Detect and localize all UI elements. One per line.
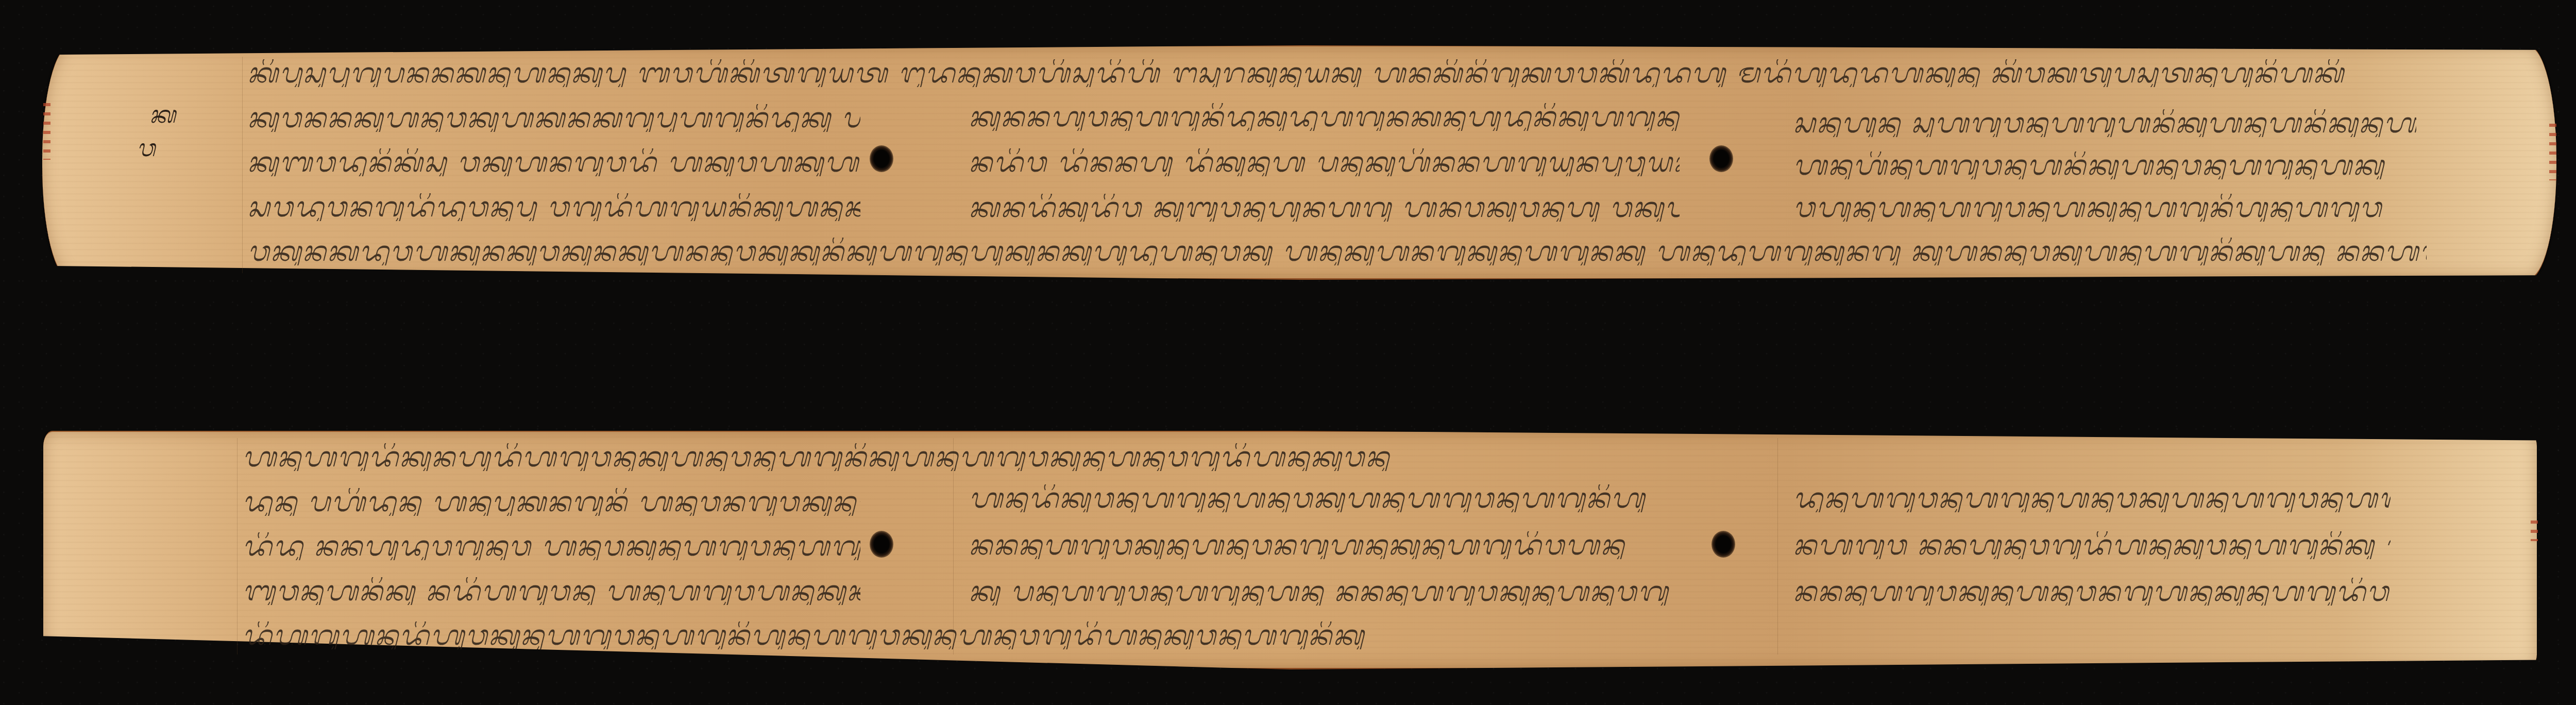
text-column-right: ᬤᬸᬦᬸᬳᬕᬸᬯᬦᬸᬳᬕᬸᬦᬸᬳᬦᬸᬯᬓᬸᬳᬦᬸᬳᬕᬸᬯᬦᬸᬳᬕᬸᬦᬶᬳᬸᬦᬸᬳ… bbox=[1793, 484, 2391, 606]
text-line: ᬲᬦᬸᬳᬸᬦᬸ ᬲᬸᬳᬕᬸᬯᬦᬸᬳᬕᬸᬳᬦᬶᬓᬸᬳᬦᬸᬳᬦᬶᬓᬸᬦᬸᬳᬕᬸ bbox=[1793, 109, 2416, 137]
red-edge-stain-bottom-right bbox=[2531, 521, 2538, 541]
text-line: ᬳᬦᬸᬳᬕᬸᬤᬶᬓᬸᬦᬳᬸᬤᬶᬳᬕᬸᬯᬦᬸᬓᬸᬳᬦᬸᬯᬦᬸᬳᬕᬸᬦᬶᬓᬸᬳᬦᬸᬳ… bbox=[242, 443, 2375, 471]
text-line: ᬲᬯᬤᬸᬯᬦᬕᬸᬤᬶᬤᬸᬯᬦᬸᬧᬸ ᬯᬕᬸᬤᬶᬳᬕᬸᬬᬦᬶᬓᬸᬳᬦᬸᬓᬸᬳᬦᬓᬤ… bbox=[247, 193, 860, 221]
ruling-line bbox=[237, 438, 238, 654]
red-edge-stain-top-left bbox=[43, 103, 50, 160]
text-line: ᬤᬸᬦᬸ ᬧᬳᬶᬤᬸᬦᬸ ᬳᬦᬸᬧᬸᬓᬦᬕᬸᬦᬶ ᬳᬦᬸᬯᬦᬕᬸᬯᬓᬸᬦᬸᬳᬕᬸ bbox=[242, 488, 860, 516]
text-line: ᬤᬶᬤᬸ ᬦᬦᬳᬸᬤᬸᬯᬕᬸᬦᬸᬯ ᬳᬦᬸᬯᬓᬸᬦᬸᬳᬕᬸᬯᬦᬸᬳᬕᬸᬦᬸᬯᬓᬸ… bbox=[242, 532, 860, 560]
text-line: ᬦᬦᬦᬸᬳᬕᬸᬯᬓᬸᬦᬸᬳᬦᬸᬯᬦᬕᬸᬳᬦᬸᬓᬸᬦᬸᬳᬕᬸᬤᬶᬯᬳᬦᬸ bbox=[969, 531, 1680, 559]
text-line: ᬯᬳᬸᬦᬸᬳᬦᬸᬳᬕᬸᬯᬦᬸᬳᬓᬸᬦᬸᬳᬕᬸᬦᬶᬳᬸᬦᬸᬳᬕᬸᬯ bbox=[1793, 194, 2416, 222]
text-line: ᬳᬦᬸᬳᬶᬦᬸᬳᬕᬸᬯᬦᬸᬳᬦᬶᬓᬸᬳᬦᬸᬯᬦᬸᬳᬕᬸᬦᬸᬳᬓᬸ bbox=[1793, 152, 2416, 179]
text-line: ᬓᬦᬤᬶᬓᬸᬤᬶᬯ ᬓᬸᬩᬸᬯᬦᬸᬳᬸᬦᬳᬕᬸ ᬳᬦᬯᬓᬸᬯᬦᬸᬳᬸ ᬯᬓᬸᬳᬦ… bbox=[969, 194, 1680, 222]
text-line: ᬓᬸᬩᬯᬤᬸᬦᬶᬓᬶᬲᬸ ᬯᬓᬸᬳᬦᬕᬸᬯᬤᬶ ᬳᬓᬸᬯᬳᬓᬸᬳᬦᬓᬦᬸᬳᬦᬸᬯ… bbox=[247, 148, 860, 176]
red-edge-stain-top-right bbox=[2549, 124, 2556, 180]
text-column-middle: ᬓᬸᬦᬦᬳᬸᬯᬦᬸᬳᬕᬸᬦᬶᬤᬸᬓᬸᬤᬸᬳᬕᬸᬦᬓᬦᬸᬳᬸᬤᬸᬦᬶᬓᬸᬳᬕᬸᬦᬸ… bbox=[969, 103, 1680, 222]
text-line: ᬦᬳᬕᬸᬯ ᬦᬦᬳᬸᬦᬸᬯᬕᬸᬤᬶᬳᬦᬸᬓᬸᬯᬦᬸᬳᬕᬸᬦᬶᬓᬸ ᬳᬦᬸᬳᬕᬸᬯ bbox=[1793, 531, 2391, 559]
text-line: ᬩᬸᬯᬦᬸᬳᬦᬶᬓᬸ ᬦᬤᬶᬳᬕᬸᬯᬦᬸ ᬳᬦᬸᬳᬕᬸᬯᬳᬦᬸᬓᬸᬦᬸᬳᬦᬸ bbox=[242, 577, 860, 605]
text-line: ᬤᬸᬦᬸᬳᬕᬸᬯᬦᬸᬳᬕᬸᬦᬸᬳᬦᬸᬯᬓᬸᬳᬦᬸᬳᬕᬸᬯᬦᬸᬳᬕᬸᬦᬶᬳᬸᬦᬸᬳ… bbox=[1793, 484, 2391, 512]
text-line: ᬓᬸᬯᬦᬦᬓᬸᬳᬦᬸᬯᬓᬸᬳᬓᬦᬓᬕᬸᬧᬸᬳᬕᬸᬦᬶᬤᬸᬓᬸ ᬳᬦᬸᬳᬦᬓᬸᬤᬶ… bbox=[247, 104, 860, 132]
text-column-right: ᬳᬤᬸᬦᬸᬳᬕᬸᬤᬶᬯᬓᬸᬳᬦᬸᬓᬸᬳᬦᬦᬸᬳᬕᬸᬤᬶᬳᬦᬸᬯᬤᬶᬓᬸ ᬲᬦᬸᬳ… bbox=[1793, 67, 2416, 222]
text-line: ᬯᬓᬸᬦᬓᬤᬸᬯᬳᬓᬸᬦᬓᬸᬯᬓᬸᬦᬓᬸᬳᬦᬦᬸᬯᬓᬸᬓᬸᬦᬶᬓᬸᬳᬕᬸᬦᬸᬳᬸ… bbox=[247, 238, 2427, 265]
text-line: ᬤᬶᬳᬕᬸᬳᬦᬸᬤᬶᬳᬸᬯᬓᬸᬦᬸᬳᬕᬸᬯᬦᬸᬳᬕᬸᬦᬶᬳᬸᬦᬸᬳᬕᬸᬯᬓᬸᬦᬸ… bbox=[242, 622, 2375, 649]
text-line: ᬦᬤᬶᬯ ᬤᬶᬦᬦᬳᬸ ᬤᬶᬓᬸᬦᬸᬳ ᬧᬦᬸᬓᬸᬳᬶᬦᬦᬳᬕᬸᬬᬸᬦᬧᬸᬯᬸᬬ… bbox=[969, 148, 1680, 176]
text-column-middle: ᬳᬦᬸᬤᬶᬓᬸᬯᬦᬸᬳᬕᬸᬦᬸᬳᬦᬸᬯᬓᬸᬳᬦᬸᬳᬕᬸᬯᬦᬸᬳᬕᬸᬦᬶᬳᬸ ᬦᬦ… bbox=[969, 484, 1680, 606]
text-line: ᬓᬸ ᬧᬦᬸᬳᬕᬸᬯᬦᬸᬳᬕᬸᬦᬸᬳᬦᬸ ᬦᬦᬦᬸᬳᬕᬸᬯᬓᬸᬦᬸᬳᬦᬸᬯᬕᬸ bbox=[969, 578, 1680, 606]
text-line: ᬦᬦᬦᬸᬳᬕᬸᬯᬓᬸᬦᬸᬳᬦᬸᬯᬦᬕᬸᬳᬦᬸᬓᬸᬦᬸᬳᬕᬸᬤᬶᬯᬳᬦᬸᬳᬕᬸ bbox=[1793, 578, 2391, 606]
ruling-line bbox=[242, 57, 243, 273]
text-line: ᬓᬸᬦᬦᬳᬸᬯᬦᬸᬳᬕᬸᬦᬶᬤᬸᬓᬸᬤᬸᬳᬕᬸᬦᬓᬦᬸᬳᬸᬤᬸᬦᬶᬓᬸᬳᬕᬸᬦᬸ… bbox=[969, 103, 1680, 131]
text-line: ᬳᬦᬸᬤᬶᬓᬸᬯᬦᬸᬳᬕᬸᬦᬸᬳᬦᬸᬯᬓᬸᬳᬦᬸᬳᬕᬸᬯᬦᬸᬳᬕᬸᬦᬶᬳᬸ bbox=[969, 484, 1680, 512]
margin-mark-2: ᬯ bbox=[137, 131, 155, 174]
